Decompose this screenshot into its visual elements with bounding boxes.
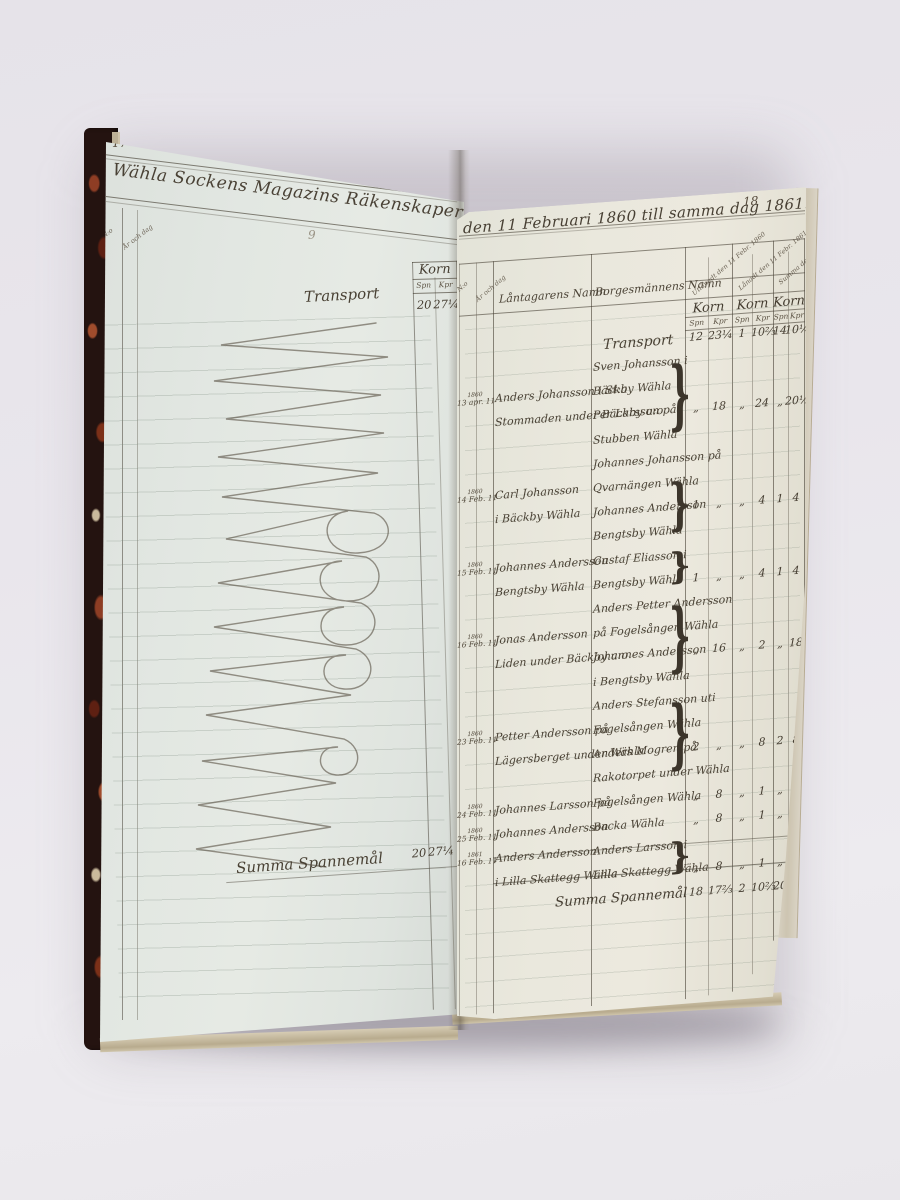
cancellation-scribble	[126, 315, 456, 875]
cell-value: „	[731, 731, 753, 757]
date-day: 14 Feb. 11	[457, 494, 493, 505]
cell-value: 18	[685, 880, 707, 906]
margin-mark: 9	[308, 228, 316, 242]
transport-value: 20	[413, 297, 435, 312]
cell-value: „	[685, 807, 707, 833]
cell-value: 17⅔	[708, 878, 730, 904]
date-cell: 186023 Feb. 11	[457, 727, 493, 747]
date-cell: 186016 Feb. 11	[457, 630, 493, 650]
cell-value: 2	[731, 877, 753, 903]
date-cell: 186116 Feb. 11	[457, 848, 493, 868]
date-day: 16 Feb. 11	[457, 639, 493, 650]
cell-value: „	[731, 804, 753, 830]
cell-value: „	[731, 780, 753, 806]
transport-value: 12	[685, 329, 707, 344]
transport-value: 23¼	[708, 328, 730, 343]
cell-value: „	[708, 564, 730, 590]
date-day: 15 Feb. 11	[457, 567, 493, 578]
cell-value: 4	[785, 485, 807, 511]
cell-value: „	[685, 783, 707, 809]
date-cell: 186013 apr. 11	[457, 388, 493, 408]
date-day: 23 Feb. 11	[457, 736, 493, 747]
cell-value: „	[708, 491, 730, 517]
cell-value: 4	[785, 558, 807, 584]
cell-value: 8	[708, 781, 730, 807]
date-day: 25 Feb. 11	[457, 833, 493, 844]
transport-value: 10¼	[785, 322, 807, 337]
date-cell: 186024 Feb. 11	[457, 800, 493, 820]
date-cell: 186025 Feb. 11	[457, 824, 493, 844]
right-page: 18 den 11 Februari 1860 till samma dag 1…	[455, 154, 809, 1052]
date-day: 13 apr. 11	[457, 397, 493, 408]
korn-subheader: Spn	[413, 280, 435, 290]
cell-value: 16	[708, 636, 730, 662]
date-day: 24 Feb. 11	[457, 809, 493, 820]
cell-value: 18	[708, 394, 730, 420]
cell-value: 20½	[785, 389, 807, 415]
date-cell: 186015 Feb. 11	[457, 558, 493, 578]
cell-value: „	[731, 635, 753, 661]
date-day: 16 Feb. 11	[457, 857, 493, 868]
transport-value: 1	[731, 326, 753, 341]
guarantor-brace: }	[669, 545, 685, 593]
ledger-photo: 17 Wähla Sockens Magazins Räkenskaper fr…	[0, 0, 900, 1200]
left-transport-label: Transport	[304, 284, 380, 306]
cell-value: 8	[708, 806, 730, 832]
cell-value: „	[731, 489, 753, 515]
cell-value: „	[731, 562, 753, 588]
cell-value: „	[731, 393, 753, 419]
left-page: 17 Wähla Sockens Magazins Räkenskaper fr…	[96, 130, 468, 1050]
date-cell: 186014 Feb. 11	[457, 485, 493, 505]
cell-value: „	[708, 733, 730, 759]
